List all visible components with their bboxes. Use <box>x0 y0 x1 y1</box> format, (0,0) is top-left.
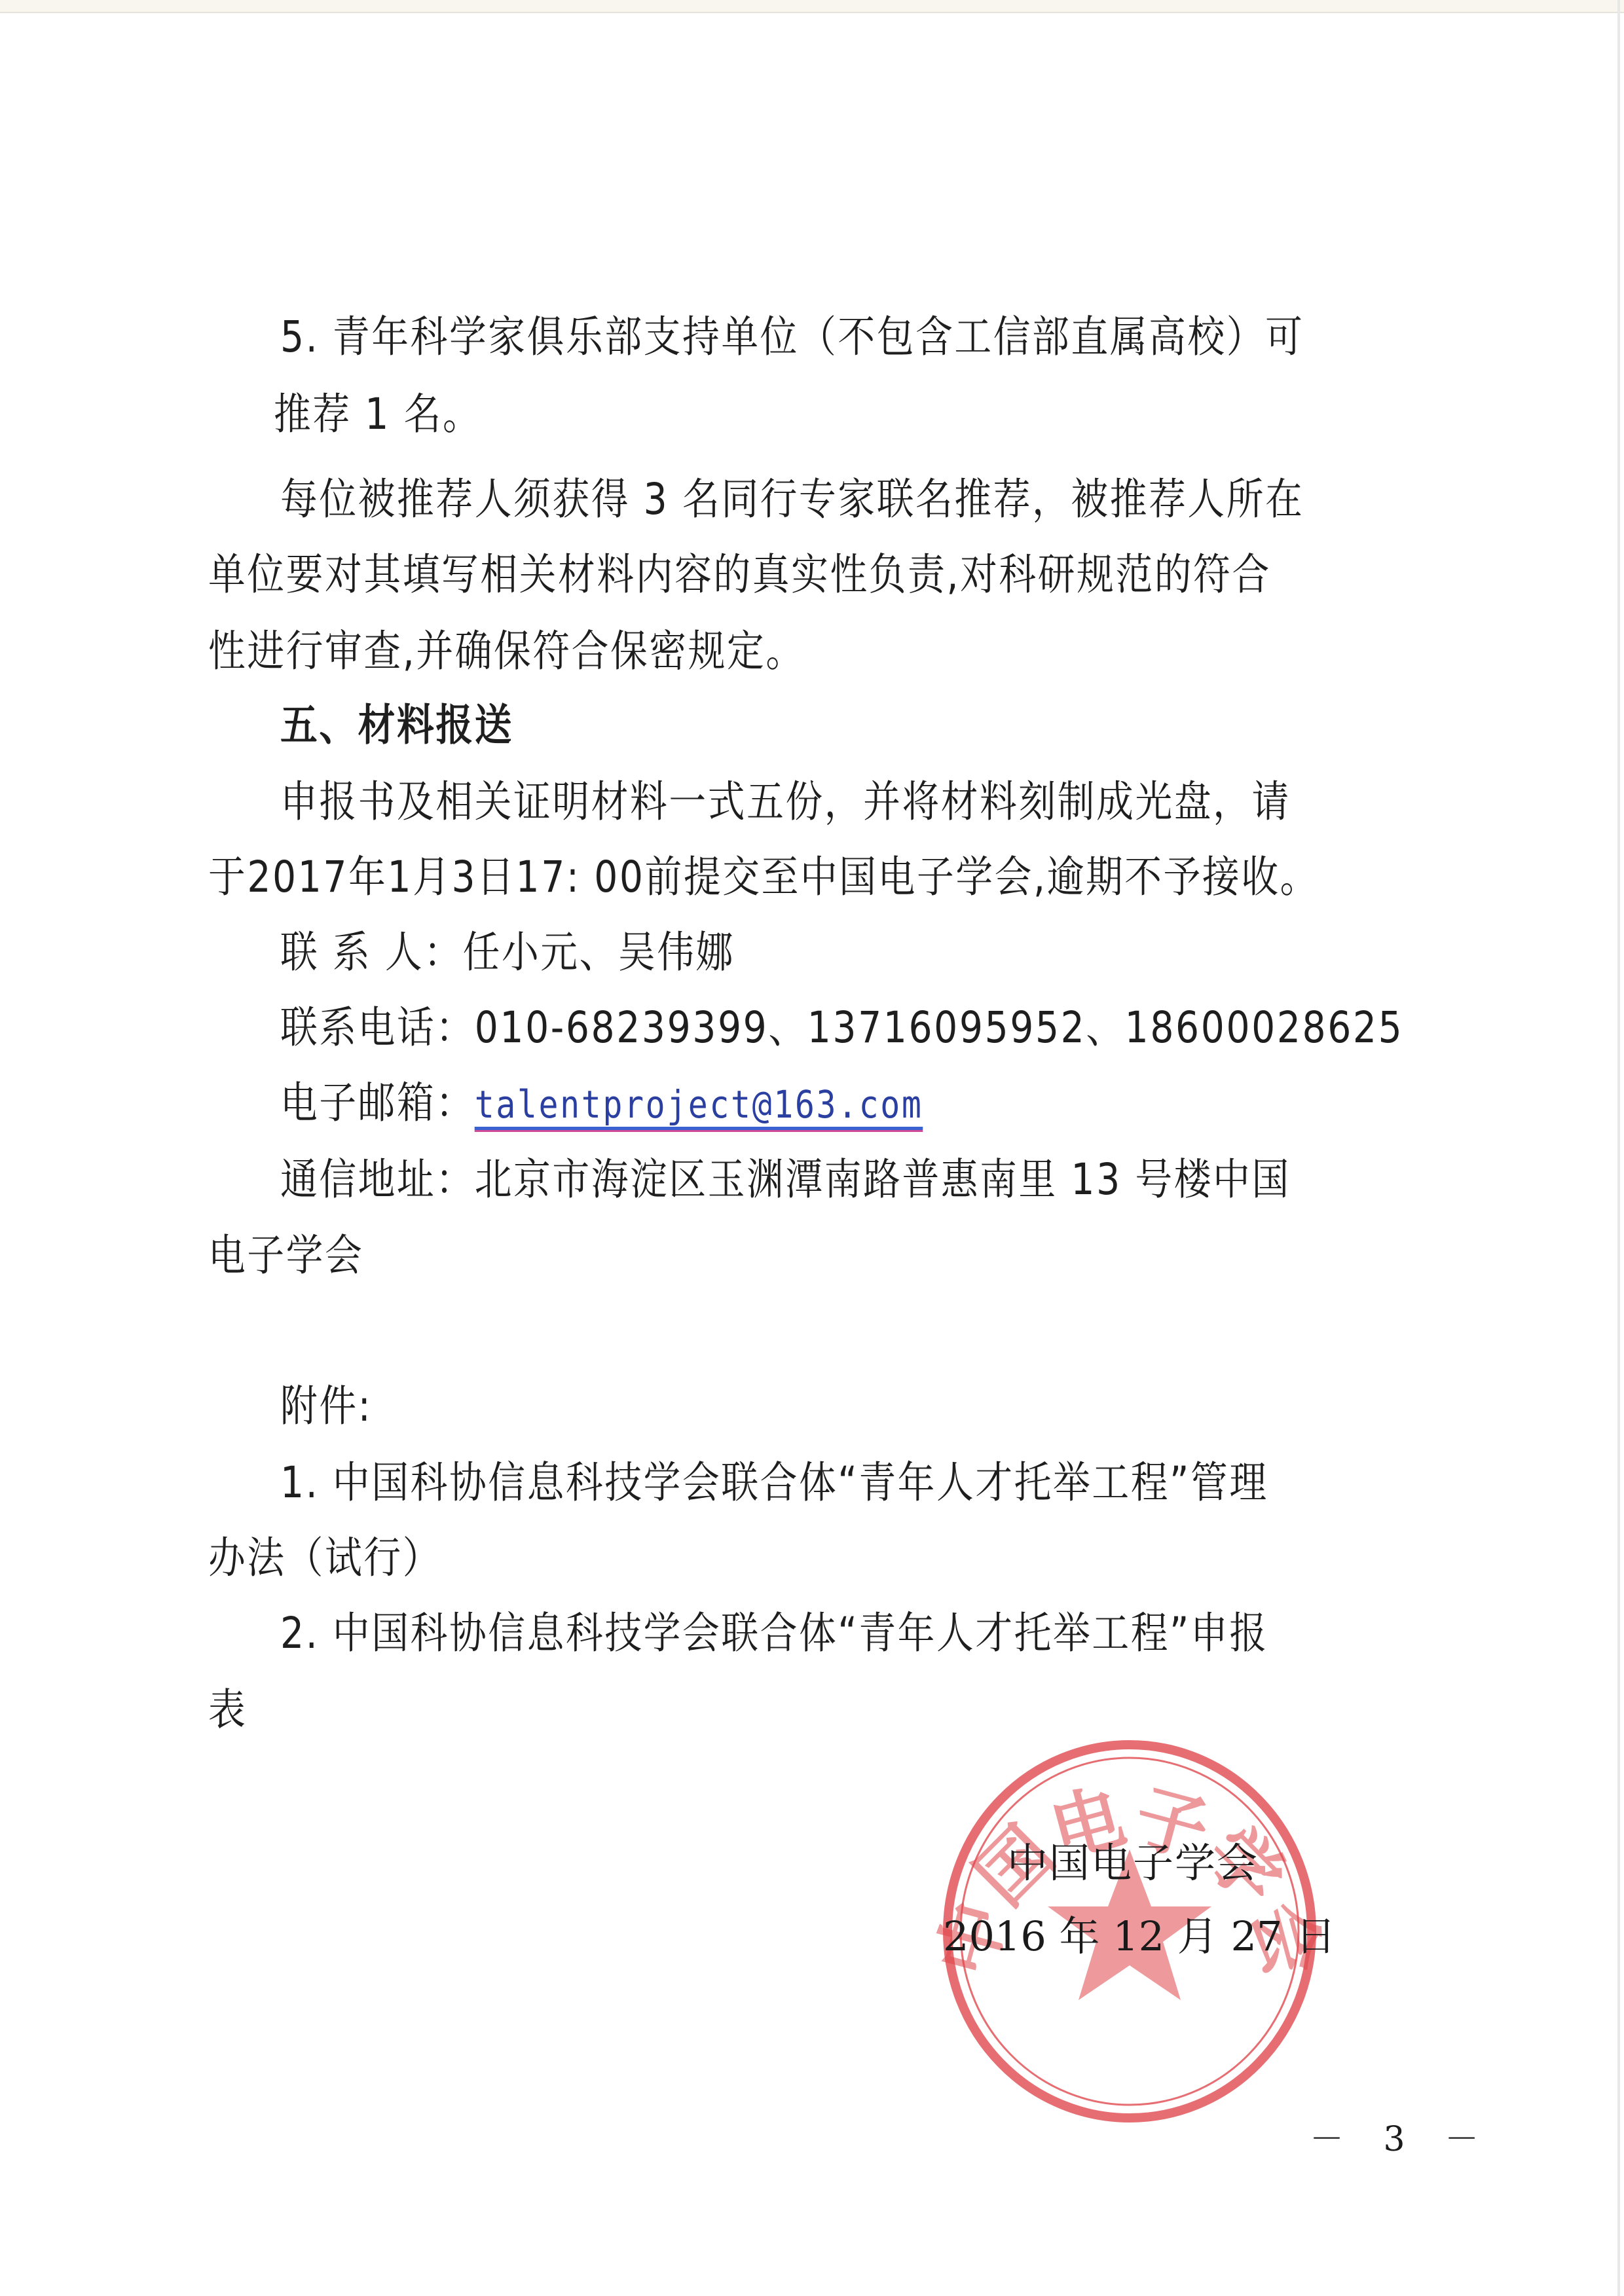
attachments-label: 附件: <box>280 1380 372 1432</box>
page-number: － 3 － <box>1310 2111 1493 2160</box>
attachment-1-line1: 1. 中国科协信息科技学会联合体“青年人才托举工程”管理 <box>280 1457 1268 1509</box>
submission-line2: 于2017年1月3日17: 00前提交至中国电子学会,逾期不予接收。 <box>208 851 1319 903</box>
contact-person-label: 联 系 人： <box>280 927 463 977</box>
attachment-2-line2: 表 <box>208 1684 247 1736</box>
section-heading: 五、材料报送 <box>280 699 513 752</box>
contact-address-label: 通信地址： <box>280 1154 475 1205</box>
contact-email: 电子邮箱：talentproject@163.com <box>280 1077 923 1131</box>
signing-date: 2016 年 12 月 27 日 <box>943 1912 1336 1961</box>
requirement-line1: 每位被推荐人须获得 3 名同行专家联名推荐，被推荐人所在 <box>280 473 1304 526</box>
attachment-1-line2: 办法（试行） <box>208 1532 441 1584</box>
contact-email-label: 电子邮箱： <box>280 1078 475 1128</box>
contact-address-value: 北京市海淀区玉渊潭南路普惠南里 13 号楼中国 <box>475 1154 1291 1205</box>
contact-phone-label: 联系电话： <box>280 1002 475 1053</box>
contact-person: 联 系 人：任小元、吴伟娜 <box>280 926 735 979</box>
item5-line1: 5. 青年科学家俱乐部支持单位（不包含工信部直属高校）可 <box>280 311 1304 363</box>
item5-line2: 推荐 1 名。 <box>274 388 481 441</box>
submission-line1: 申报书及相关证明材料一式五份，并将材料刻制成光盘，请 <box>280 776 1291 828</box>
signing-organization: 中国电子学会 <box>1007 1838 1259 1888</box>
requirement-line2: 单位要对其填写相关材料内容的真实性负责,对科研规范的符合 <box>208 549 1271 601</box>
contact-address-line1: 通信地址：北京市海淀区玉渊潭南路普惠南里 13 号楼中国 <box>280 1154 1291 1206</box>
contact-phone: 联系电话：010-68239399、13716095952、1860002862… <box>280 1002 1403 1054</box>
contact-address-line2: 电子学会 <box>208 1230 363 1282</box>
requirement-line3: 性进行审查,并确保符合保密规定。 <box>208 625 805 678</box>
contact-person-value: 任小元、吴伟娜 <box>463 927 735 977</box>
page-right-edge <box>1617 0 1620 2296</box>
contact-phone-value: 010-68239399、13716095952、18600028625 <box>475 1002 1404 1053</box>
email-link[interactable]: talentproject@163.com <box>475 1082 923 1130</box>
page-top-edge <box>0 0 1624 13</box>
attachment-2-line1: 2. 中国科协信息科技学会联合体“青年人才托举工程”申报 <box>280 1607 1268 1660</box>
